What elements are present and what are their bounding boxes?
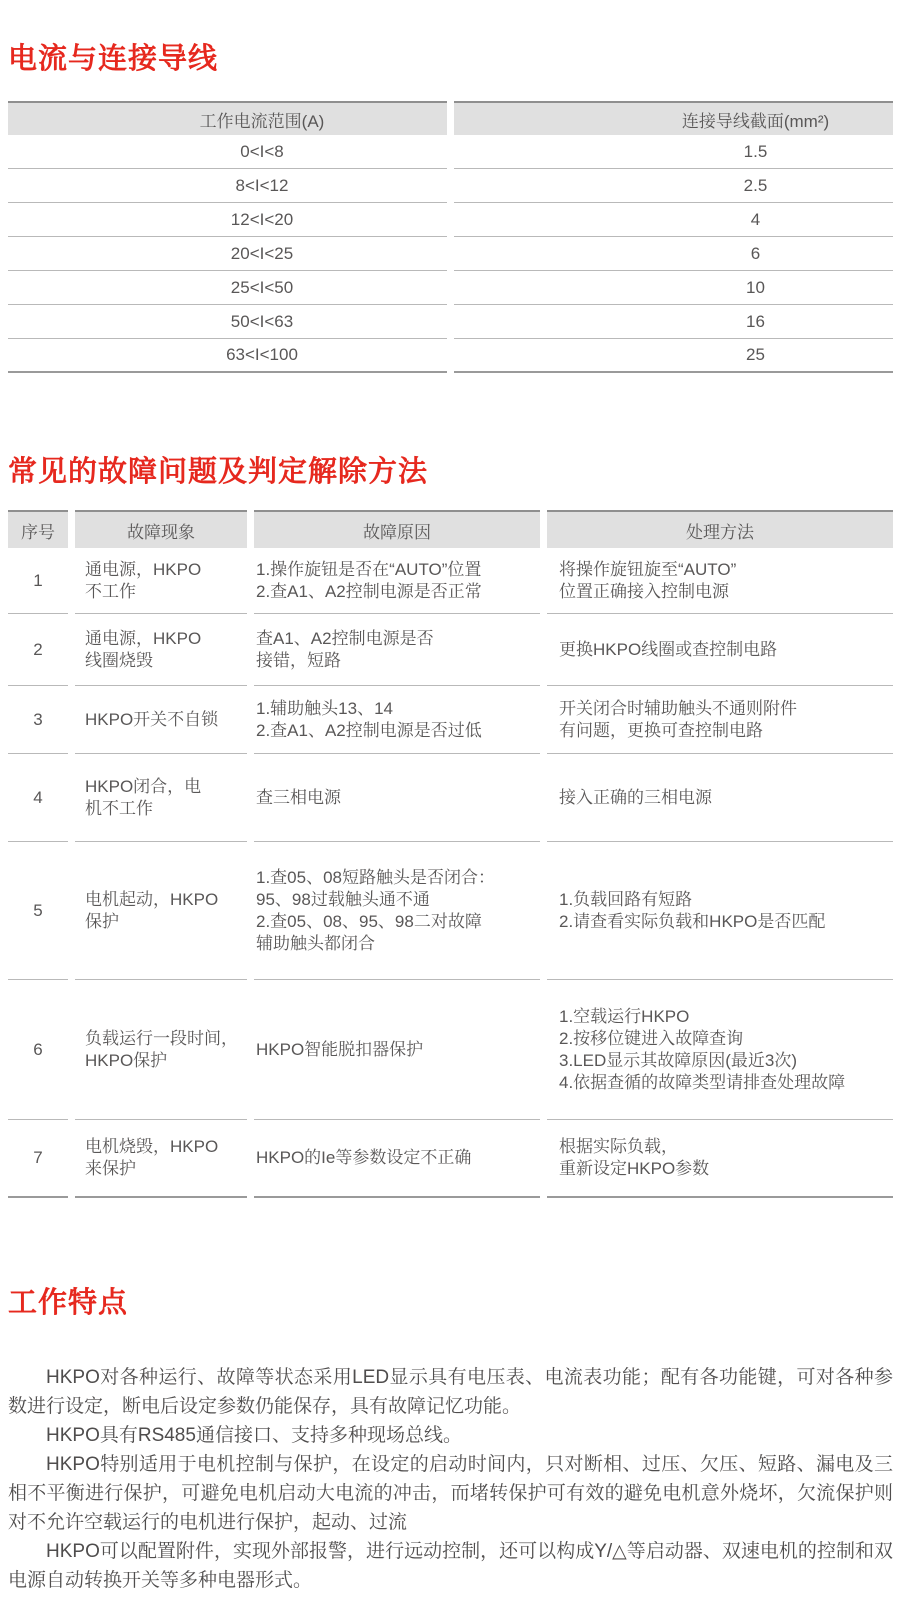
cause-cell: 查三相电源 bbox=[254, 754, 540, 842]
header-fault-phenomenon: 故障现象 bbox=[75, 510, 247, 548]
serial-cell: 7 bbox=[8, 1120, 68, 1198]
phenomenon-cell: 电机起动，HKPO 保护 bbox=[75, 842, 247, 980]
solution-cell: 将操作旋钮旋至“AUTO” 位置正确接入控制电源 bbox=[547, 548, 893, 614]
paragraph: HKPO特别适用于电机控制与保护，在设定的启动时间内，只对断相、过压、欠压、短路… bbox=[8, 1450, 893, 1537]
phenomenon-cell: HKPO开关不自锁 bbox=[75, 686, 247, 754]
serial-cell: 5 bbox=[8, 842, 68, 980]
current-range-cell: 8<I<12 bbox=[8, 169, 447, 203]
table-row: 25<I<50 10 bbox=[8, 271, 893, 305]
table-row: 63<I<100 25 bbox=[8, 339, 893, 373]
serial-cell: 6 bbox=[8, 980, 68, 1120]
section-title-current-and-wires: 电流与连接导线 bbox=[8, 0, 893, 77]
header-working-current-range: 工作电流范围(A) bbox=[8, 101, 447, 135]
paragraph: HKPO具有RS485通信接口、支持多种现场总线。 bbox=[8, 1421, 893, 1450]
table-row: 1 通电源，HKPO 不工作 1.操作旋钮是否在“AUTO”位置 2.查A1、A… bbox=[8, 548, 893, 614]
cause-cell: 1.查05、08短路触头是否闭合： 95、98过载触头通不通 2.查05、08、… bbox=[254, 842, 540, 980]
wire-section-cell: 25 bbox=[454, 339, 893, 373]
phenomenon-cell: 通电源，HKPO 不工作 bbox=[75, 548, 247, 614]
current-range-cell: 25<I<50 bbox=[8, 271, 447, 305]
table-row: 3 HKPO开关不自锁 1.辅助触头13、14 2.查A1、A2控制电源是否过低… bbox=[8, 686, 893, 754]
serial-cell: 4 bbox=[8, 754, 68, 842]
header-serial-number: 序号 bbox=[8, 510, 68, 548]
table-row: 2 通电源，HKPO 线圈烧毁 查A1、A2控制电源是否 接错，短路 更换HKP… bbox=[8, 614, 893, 686]
cause-cell: HKPO的Ie等参数设定不正确 bbox=[254, 1120, 540, 1198]
table-row: 50<I<63 16 bbox=[8, 305, 893, 339]
header-handling-method: 处理方法 bbox=[547, 510, 893, 548]
wire-section-cell: 4 bbox=[454, 203, 893, 237]
cause-cell: 查A1、A2控制电源是否 接错，短路 bbox=[254, 614, 540, 686]
solution-cell: 1.空载运行HKPO 2.按移位键进入故障查询 3.LED显示其故障原因(最近3… bbox=[547, 980, 893, 1120]
working-features-text: HKPO对各种运行、故障等状态采用LED显示具有电压表、电流表功能；配有各功能键… bbox=[8, 1363, 893, 1595]
wire-section-cell: 10 bbox=[454, 271, 893, 305]
current-range-cell: 20<I<25 bbox=[8, 237, 447, 271]
solution-cell: 开关闭合时辅助触头不通则附件 有问题，更换可查控制电路 bbox=[547, 686, 893, 754]
phenomenon-cell: 负载运行一段时间， HKPO保护 bbox=[75, 980, 247, 1120]
serial-cell: 3 bbox=[8, 686, 68, 754]
phenomenon-cell: 电机烧毁，HKPO 来保护 bbox=[75, 1120, 247, 1198]
cause-cell: 1.操作旋钮是否在“AUTO”位置 2.查A1、A2控制电源是否正常 bbox=[254, 548, 540, 614]
serial-cell: 2 bbox=[8, 614, 68, 686]
solution-cell: 1.负载回路有短路 2.请查看实际负载和HKPO是否匹配 bbox=[547, 842, 893, 980]
solution-cell: 更换HKPO线圈或查控制电路 bbox=[547, 614, 893, 686]
phenomenon-cell: HKPO闭合，电 机不工作 bbox=[75, 754, 247, 842]
cause-cell: 1.辅助触头13、14 2.查A1、A2控制电源是否过低 bbox=[254, 686, 540, 754]
paragraph: HKPO可以配置附件，实现外部报警，进行远动控制，还可以构成Y/△等启动器、双速… bbox=[8, 1537, 893, 1595]
section-title-working-features: 工作特点 bbox=[8, 1198, 893, 1321]
wire-section-cell: 16 bbox=[454, 305, 893, 339]
wire-section-cell: 2.5 bbox=[454, 169, 893, 203]
table-row: 8<I<12 2.5 bbox=[8, 169, 893, 203]
fault-table: 序号 故障现象 故障原因 处理方法 1 通电源，HKPO 不工作 1.操作旋钮是… bbox=[1, 510, 900, 1198]
table-row: 12<I<20 4 bbox=[8, 203, 893, 237]
table-header-row: 工作电流范围(A) 连接导线截面(mm²) bbox=[8, 101, 893, 135]
solution-cell: 根据实际负载， 重新设定HKPO参数 bbox=[547, 1120, 893, 1198]
wire-section-cell: 1.5 bbox=[454, 135, 893, 169]
table-row: 0<I<8 1.5 bbox=[8, 135, 893, 169]
serial-cell: 1 bbox=[8, 548, 68, 614]
section-title-common-faults: 常见的故障问题及判定解除方法 bbox=[8, 373, 893, 490]
current-range-cell: 0<I<8 bbox=[8, 135, 447, 169]
catalog-page: 电流与连接导线 工作电流范围(A) 连接导线截面(mm²) 0<I<8 1.5 … bbox=[0, 0, 901, 1595]
table-header-row: 序号 故障现象 故障原因 处理方法 bbox=[8, 510, 893, 548]
current-range-cell: 50<I<63 bbox=[8, 305, 447, 339]
table-row: 20<I<25 6 bbox=[8, 237, 893, 271]
table-row: 7 电机烧毁，HKPO 来保护 HKPO的Ie等参数设定不正确 根据实际负载， … bbox=[8, 1120, 893, 1198]
cause-cell: HKPO智能脱扣器保护 bbox=[254, 980, 540, 1120]
table-row: 4 HKPO闭合，电 机不工作 查三相电源 接入正确的三相电源 bbox=[8, 754, 893, 842]
current-range-cell: 63<I<100 bbox=[8, 339, 447, 373]
header-fault-cause: 故障原因 bbox=[254, 510, 540, 548]
phenomenon-cell: 通电源，HKPO 线圈烧毁 bbox=[75, 614, 247, 686]
wire-section-cell: 6 bbox=[454, 237, 893, 271]
paragraph: HKPO对各种运行、故障等状态采用LED显示具有电压表、电流表功能；配有各功能键… bbox=[8, 1363, 893, 1421]
table-row: 6 负载运行一段时间， HKPO保护 HKPO智能脱扣器保护 1.空载运行HKP… bbox=[8, 980, 893, 1120]
solution-cell: 接入正确的三相电源 bbox=[547, 754, 893, 842]
table-row: 5 电机起动，HKPO 保护 1.查05、08短路触头是否闭合： 95、98过载… bbox=[8, 842, 893, 980]
current-range-cell: 12<I<20 bbox=[8, 203, 447, 237]
current-wire-table: 工作电流范围(A) 连接导线截面(mm²) 0<I<8 1.5 8<I<12 2… bbox=[1, 101, 900, 373]
header-wire-cross-section: 连接导线截面(mm²) bbox=[454, 101, 893, 135]
